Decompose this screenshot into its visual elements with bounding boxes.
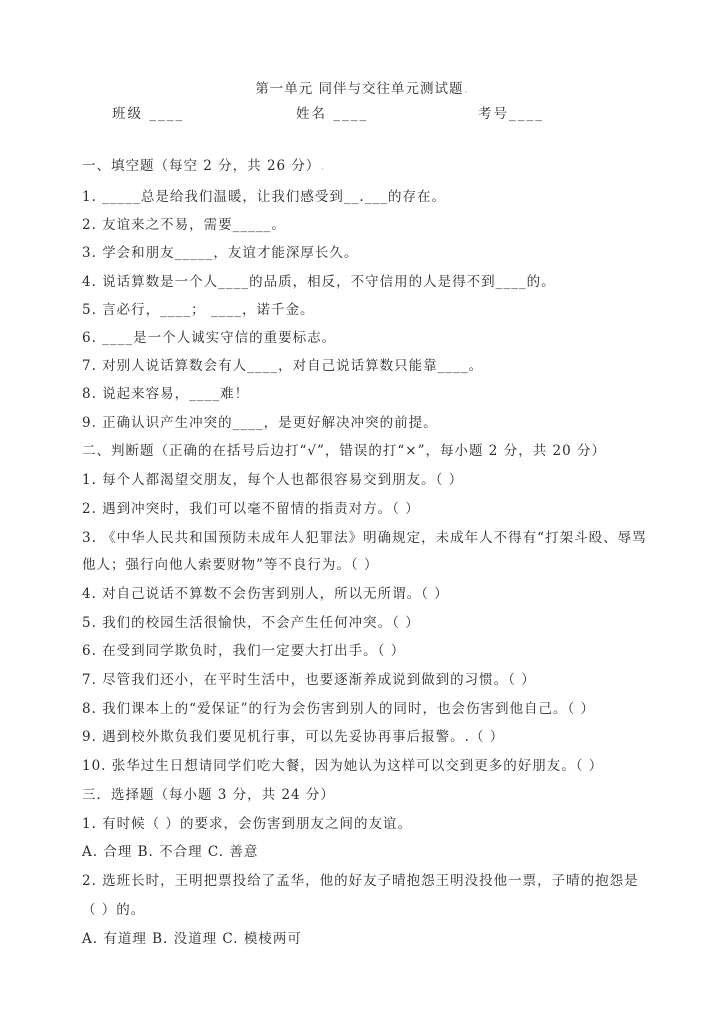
question-item: 6. ____是一个人诚实守信的重要标志。 [82, 328, 336, 348]
exam-number-field: 考号____ [478, 102, 544, 122]
name-field: 姓名 ____ [296, 102, 368, 122]
question-item: 1. 每个人都渴望交朋友，每个人也都很容易交到朋友。（ ） [82, 470, 463, 490]
question-item: 2. 友谊来之不易，需要_____。 [82, 215, 286, 235]
heading-mark: . [320, 158, 325, 174]
title-text: 第一单元 同伴与交往单元测试题 [255, 81, 463, 97]
class-blank: ____ [143, 106, 184, 122]
question-item: 9. 正确认识产生冲突的____，是更好解决冲突的前提。 [82, 413, 438, 433]
question-item: 8. 我们课本上的“爱保证”的行为会伤害到别人的同时，也会伤害到他自己。（ ） [82, 699, 595, 719]
answer-options: A. 合理 B. 不合理 C. 善意 [82, 842, 258, 862]
class-field: 班级 ____ [112, 102, 184, 122]
question-item: 6. 在受到同学欺负时，我们一定要大打出手。（ ） [82, 641, 405, 661]
question-item: 8. 说起来容易，____难！ [82, 384, 249, 404]
question-item: 9. 遇到校外欺负我们要见机行事，可以先妥协再事后报警。.（ ） [82, 727, 504, 747]
exam-number-label: 考号 [478, 106, 509, 122]
question-item: 7. 对别人说话算数会有人____，对自己说话算数只能靠____。 [82, 356, 483, 376]
name-label: 姓名 [296, 106, 327, 122]
section-heading-true-false: 二、判断题（正确的在括号后边打“√”，错误的打“×”，每小题 2 分，共 20 … [82, 441, 606, 461]
answer-options: A. 有道理 B. 没道理 C. 模棱两可 [82, 929, 302, 949]
question-item: 7. 尽管我们还小，在平时生活中，也要逐渐养成说到做到的习惯。（ ） [82, 670, 536, 690]
title-mark: . [464, 81, 469, 97]
document-title: 第一单元 同伴与交往单元测试题. [0, 77, 724, 97]
name-blank: ____ [327, 106, 368, 122]
question-item: 5. 言必行，____； ____，诺千金。 [82, 300, 314, 320]
heading-text: 一、填空题（每空 2 分，共 26 分） [82, 158, 320, 174]
question-item: 4. 对自己说话不算数不会伤害到别人，所以无所谓。（ ） [82, 584, 449, 604]
question-item: 4. 说话算数是一个人____的品质，相反，不守信用的人是得不到____的。 [82, 272, 556, 292]
question-item: 3. 《中华人民共和国预防未成年人犯罪法》明确规定，未成年人不得有“打架斗殴、辱… [82, 528, 647, 548]
exam-number-blank: ____ [509, 106, 544, 122]
question-item: 1. 有时候（ ）的要求，会伤害到朋友之间的友谊。 [82, 814, 412, 834]
section-heading-multiple-choice: 三．选择题（每小题 3 分，共 24 分） [82, 785, 335, 805]
question-item-continuation: （ ）的。 [82, 900, 145, 920]
question-item: 3. 学会和朋友_____，友谊才能深厚长久。 [82, 243, 358, 263]
question-item: 2. 遇到冲突时，我们可以毫不留情的指责对方。（ ） [82, 499, 420, 519]
class-label: 班级 [112, 106, 143, 122]
question-item: 10. 张华过生日想请同学们吃大餐，因为她认为这样可以交到更多的好朋友。（ ） [82, 756, 603, 776]
question-item: 2. 选班长时，王明把票投给了孟华，他的好友子晴抱怨王明没投他一票，子晴的抱怨是 [82, 871, 639, 891]
section-heading-fill-blank: 一、填空题（每空 2 分，共 26 分）. [82, 156, 326, 176]
question-item: 5. 我们的校园生活很愉快，不会产生任何冲突。（ ） [82, 613, 420, 633]
question-item: 1. _____总是给我们温暖，让我们感受到__.___的存在。 [82, 187, 446, 207]
question-item-continuation: 他人；强行向他人索要财物”等不良行为。（ ） [82, 555, 378, 575]
